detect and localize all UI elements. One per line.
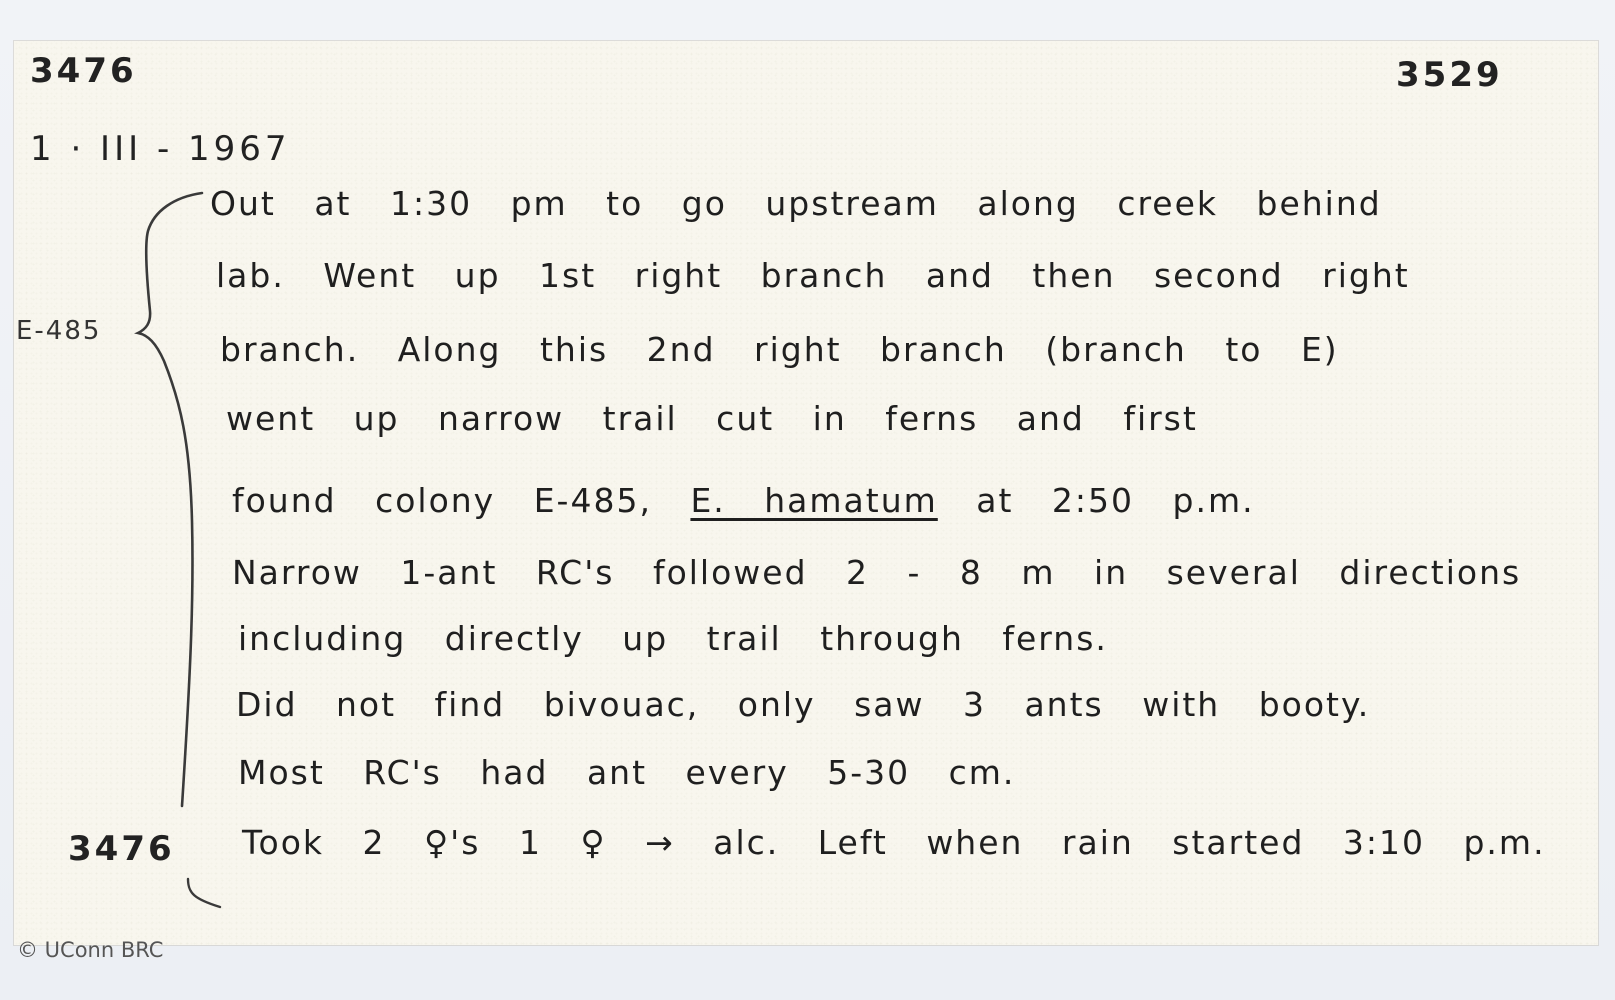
note-line-1: Out at 1:30 pm to go upstream along cree…: [210, 184, 1382, 223]
note-line-4: went up narrow trail cut in ferns and fi…: [226, 399, 1198, 438]
note-line-9: Most RC's had ant every 5-30 cm.: [238, 753, 1015, 792]
species-name: E. hamatum: [690, 481, 937, 520]
note-line-6: Narrow 1-ant RC's followed 2 - 8 m in se…: [232, 553, 1521, 592]
note-line-8: Did not find bivouac, only saw 3 ants wi…: [236, 685, 1370, 724]
note-line-7: including directly up trail through fern…: [238, 619, 1108, 658]
note-line-3: branch. Along this 2nd right branch (bra…: [220, 330, 1339, 369]
margin-colony-note: E-485: [16, 316, 101, 346]
note-line-5-time: at 2:50 p.m.: [976, 481, 1254, 520]
catalog-number-bottom-left: 3476: [68, 829, 175, 869]
note-line-2: lab. Went up 1st right branch and then s…: [216, 256, 1410, 295]
date-label: 1 · III - 1967: [30, 129, 291, 169]
catalog-number-top-left: 3476: [30, 51, 137, 91]
catalog-number-top-right: 3529: [1396, 55, 1503, 95]
field-note-card: 3476 3529 1 · III - 1967 E-485 Out at 1:…: [14, 41, 1598, 945]
note-line-10: Took 2 ♀'s 1 ♀ → alc. Left when rain sta…: [242, 823, 1546, 862]
note-line-5: found colony E-485, E. hamatum at 2:50 p…: [232, 481, 1255, 520]
copyright-notice: © UConn BRC: [17, 938, 163, 962]
note-line-5-start: found colony E-485,: [232, 481, 652, 520]
image-viewer: 3476 3529 1 · III - 1967 E-485 Out at 1:…: [0, 0, 1615, 1000]
